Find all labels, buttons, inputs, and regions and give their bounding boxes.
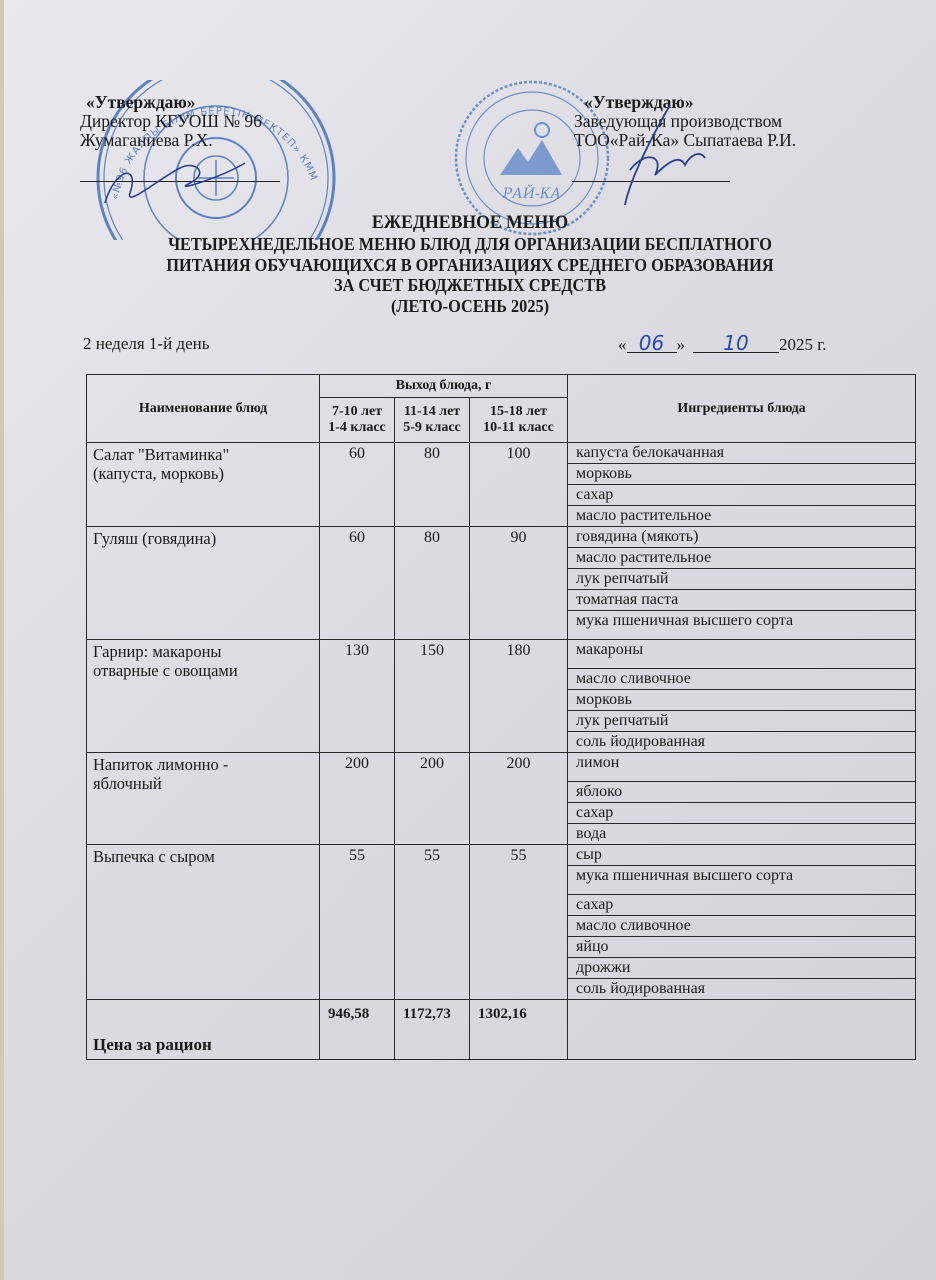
- approval-title: «Утверждаю»: [80, 93, 262, 112]
- portion-weight: 60: [320, 443, 395, 527]
- ingredient-cell: масло растительное: [568, 548, 916, 569]
- portion-weight: 180: [470, 640, 568, 753]
- price-value: 1172,73: [395, 1000, 470, 1060]
- portion-weight: 100: [470, 443, 568, 527]
- ingredient-cell: морковь: [568, 690, 916, 711]
- dish-name: Выпечка с сыром: [87, 845, 320, 1000]
- ingredient-cell: морковь: [568, 464, 916, 485]
- document-season: (ЛЕТО-ОСЕНЬ 2025): [89, 296, 852, 317]
- portion-weight: 60: [320, 527, 395, 640]
- ingredient-cell: вода: [568, 824, 916, 845]
- menu-table-body: Салат "Витаминка"(капуста, морковь)60801…: [87, 443, 916, 1060]
- portion-weight: 55: [395, 845, 470, 1000]
- date-month-handwritten: 10: [693, 334, 779, 353]
- portion-weight: 150: [395, 640, 470, 753]
- header-dish-name: Наименование блюд: [87, 375, 320, 443]
- ingredient-cell: лук репчатый: [568, 711, 916, 732]
- approval-block-director: «Утверждаю» Директор КГУОШ № 96 Жумагани…: [80, 93, 262, 150]
- header-age-11-14: 11-14 лет5-9 класс: [395, 398, 470, 443]
- document-subtitle-line: ЧЕТЫРЕХНЕДЕЛЬНОЕ МЕНЮ БЛЮД ДЛЯ ОРГАНИЗАЦ…: [89, 234, 852, 255]
- header-output: Выход блюда, г: [320, 375, 568, 398]
- ingredient-cell: сыр: [568, 845, 916, 866]
- menu-table: Наименование блюд Выход блюда, г Ингреди…: [86, 374, 916, 1060]
- ingredient-cell: лимон: [568, 753, 916, 782]
- price-row: Цена за рацион946,581172,731302,16: [87, 1000, 916, 1060]
- portion-weight: 200: [320, 753, 395, 845]
- ingredient-cell: масло растительное: [568, 506, 916, 527]
- header-age-15-18: 15-18 лет10-11 класс: [470, 398, 568, 443]
- header-age-7-10: 7-10 лет1-4 класс: [320, 398, 395, 443]
- ingredient-cell: дрожжи: [568, 958, 916, 979]
- date-year: 2025 г.: [779, 335, 827, 354]
- week-day-label: 2 неделя 1-й день: [83, 334, 209, 354]
- portion-weight: 130: [320, 640, 395, 753]
- ingredient-cell: сахар: [568, 485, 916, 506]
- ingredient-cell: яйцо: [568, 937, 916, 958]
- approval-position: Директор КГУОШ № 96: [80, 112, 262, 131]
- portion-weight: 55: [470, 845, 568, 1000]
- portion-weight: 200: [470, 753, 568, 845]
- ingredient-cell: сахар: [568, 803, 916, 824]
- dish-name: Салат "Витаминка"(капуста, морковь): [87, 443, 320, 527]
- ingredient-cell: макароны: [568, 640, 916, 669]
- table-row: Гарнир: макароныотварные с овощами130150…: [87, 640, 916, 669]
- dish-name: Гуляш (говядина): [87, 527, 320, 640]
- date-open-quote: «: [618, 335, 627, 354]
- price-label: Цена за рацион: [87, 1000, 320, 1060]
- ingredient-cell: говядина (мякоть): [568, 527, 916, 548]
- ingredient-cell: мука пшеничная высшего сорта: [568, 611, 916, 640]
- signature-right: [610, 100, 710, 210]
- date-close-quote: »: [677, 335, 686, 354]
- ingredient-cell: капуста белокачанная: [568, 443, 916, 464]
- svg-text:РАЙ-КА: РАЙ-КА: [502, 183, 561, 202]
- ingredient-cell: мука пшеничная высшего сорта: [568, 866, 916, 895]
- table-row: Напиток лимонно -яблочный200200200лимон: [87, 753, 916, 782]
- dish-name: Гарнир: макароныотварные с овощами: [87, 640, 320, 753]
- document-subtitle-line: ЗА СЧЕТ БЮДЖЕТНЫХ СРЕДСТВ: [89, 275, 852, 296]
- portion-weight: 80: [395, 443, 470, 527]
- paper-edge: [0, 0, 4, 1280]
- date-day-handwritten: 06: [627, 334, 677, 353]
- ingredient-cell: томатная паста: [568, 590, 916, 611]
- price-value: 1302,16: [470, 1000, 568, 1060]
- document-subtitle-line: ПИТАНИЯ ОБУЧАЮЩИХСЯ В ОРГАНИЗАЦИЯХ СРЕДН…: [89, 255, 852, 276]
- table-row: Гуляш (говядина)608090говядина (мякоть): [87, 527, 916, 548]
- table-row: Салат "Витаминка"(капуста, морковь)60801…: [87, 443, 916, 464]
- signature-left: [100, 148, 250, 218]
- portion-weight: 200: [395, 753, 470, 845]
- document-date: «06»102025 г.: [618, 334, 827, 355]
- ingredient-cell: соль йодированная: [568, 732, 916, 753]
- ingredient-cell: масло сливочное: [568, 669, 916, 690]
- ingredient-cell: масло сливочное: [568, 916, 916, 937]
- document-header: ЕЖЕДНЕВНОЕ МЕНЮ ЧЕТЫРЕХНЕДЕЛЬНОЕ МЕНЮ БЛ…: [89, 212, 852, 316]
- dish-name: Напиток лимонно -яблочный: [87, 753, 320, 845]
- table-row: Выпечка с сыром555555сыр: [87, 845, 916, 866]
- portion-weight: 80: [395, 527, 470, 640]
- header-ingredients: Ингредиенты блюда: [568, 375, 916, 443]
- portion-weight: 90: [470, 527, 568, 640]
- ingredient-cell: лук репчатый: [568, 569, 916, 590]
- portion-weight: 55: [320, 845, 395, 1000]
- price-value: 946,58: [320, 1000, 395, 1060]
- price-empty-cell: [568, 1000, 916, 1060]
- ingredient-cell: сахар: [568, 895, 916, 916]
- ingredient-cell: яблоко: [568, 782, 916, 803]
- ingredient-cell: соль йодированная: [568, 979, 916, 1000]
